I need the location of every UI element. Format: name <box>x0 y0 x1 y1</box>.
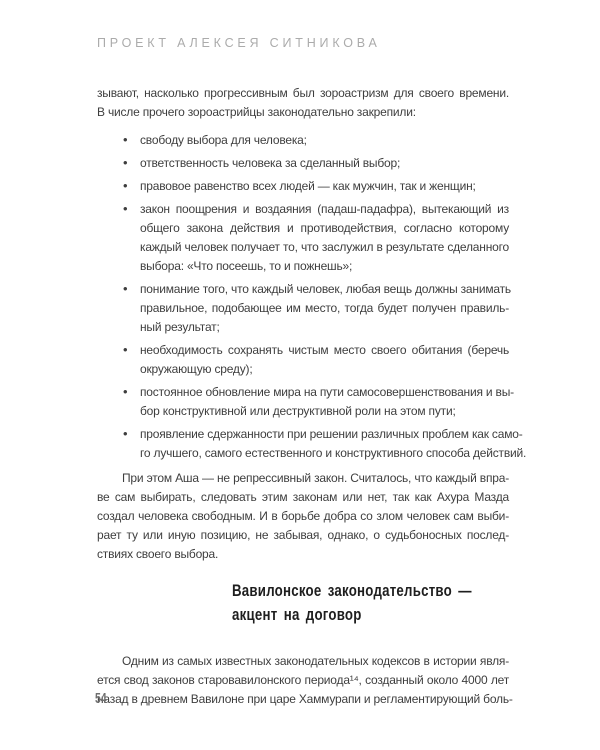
text-line: назад в древнем Вавилоне при царе Хаммур… <box>97 690 509 709</box>
text-line: необходимость сохранять чистым место сво… <box>140 341 509 360</box>
text-line: зывают, насколько прогрессивным был зоро… <box>97 84 509 103</box>
text-line: бор конструктивной или деструктивной рол… <box>140 402 509 421</box>
section-heading-line: акцент на договор <box>232 603 448 627</box>
text-line: ный результат; <box>140 318 509 337</box>
list-item: необходимость сохранять чистым место сво… <box>97 341 509 379</box>
paragraph-asha: При этом Аша — не репрессивный закон. Сч… <box>97 469 509 564</box>
section-heading: Вавилонское законодательство — акцент на… <box>232 579 509 627</box>
text-line: понимание того, что каждый человек, люба… <box>140 280 509 299</box>
text-line: создал человека свободным. И в борьбе до… <box>97 507 509 526</box>
text-line: В числе прочего зороастрийцы законодател… <box>97 103 509 122</box>
text-line: каждый человек получает то, что заслужил… <box>140 238 509 257</box>
running-head: ПРОЕКТ АЛЕКСЕЯ СИТНИКОВА <box>97 36 381 50</box>
text-line: правильное, подобающее им место, тогда б… <box>140 299 509 318</box>
list-item: постоянное обновление мира на пути самос… <box>97 383 509 421</box>
text-line: ве сам выбирать, следовать этим законам … <box>97 488 509 507</box>
text-line: го лучшего, самого естественного и конст… <box>140 444 509 463</box>
text-block: зывают, насколько прогрессивным был зоро… <box>97 84 509 709</box>
text-line: окружающую среду); <box>140 360 509 379</box>
text-line: ответственность человека за сделанный вы… <box>140 154 509 173</box>
text-line: Одним из самых известных законодательных… <box>97 652 509 671</box>
list-item: ответственность человека за сделанный вы… <box>97 154 509 173</box>
bullet-list: свободу выбора для человека;ответственно… <box>97 131 509 463</box>
text-line: выбора: «Что посеешь, то и пожнешь»; <box>140 257 509 276</box>
paragraph-intro: зывают, насколько прогрессивным был зоро… <box>97 84 509 122</box>
page-number: 54 <box>95 691 107 707</box>
text-line: рает ту или иную позицию, не забывая, од… <box>97 526 509 545</box>
list-item: свободу выбора для человека; <box>97 131 509 150</box>
text-line: ется свод законов старовавилонского пери… <box>97 671 509 690</box>
list-item: закон поощрения и воздаяния (падаш-падаф… <box>97 200 509 276</box>
list-item: правовое равенство всех людей — как мужч… <box>97 177 509 196</box>
text-line: общего закона действия и противодействия… <box>140 219 509 238</box>
text-line: ствиях своего выбора. <box>97 545 509 564</box>
text-line: правовое равенство всех людей — как мужч… <box>140 177 509 196</box>
text-line: При этом Аша — не репрессивный закон. Сч… <box>97 469 509 488</box>
text-line: свободу выбора для человека; <box>140 131 509 150</box>
paragraph-babylon-codex: Одним из самых известных законодательных… <box>97 652 509 709</box>
section-heading-line: Вавилонское законодательство — <box>232 579 448 603</box>
text-line: постоянное обновление мира на пути самос… <box>140 383 509 402</box>
list-item: понимание того, что каждый человек, люба… <box>97 280 509 337</box>
book-page: ПРОЕКТ АЛЕКСЕЯ СИТНИКОВА зывают, насколь… <box>0 0 600 750</box>
list-item: проявление сдержанности при решении разл… <box>97 425 509 463</box>
text-line: закон поощрения и воздаяния (падаш-падаф… <box>140 200 509 219</box>
text-line: проявление сдержанности при решении разл… <box>140 425 509 444</box>
